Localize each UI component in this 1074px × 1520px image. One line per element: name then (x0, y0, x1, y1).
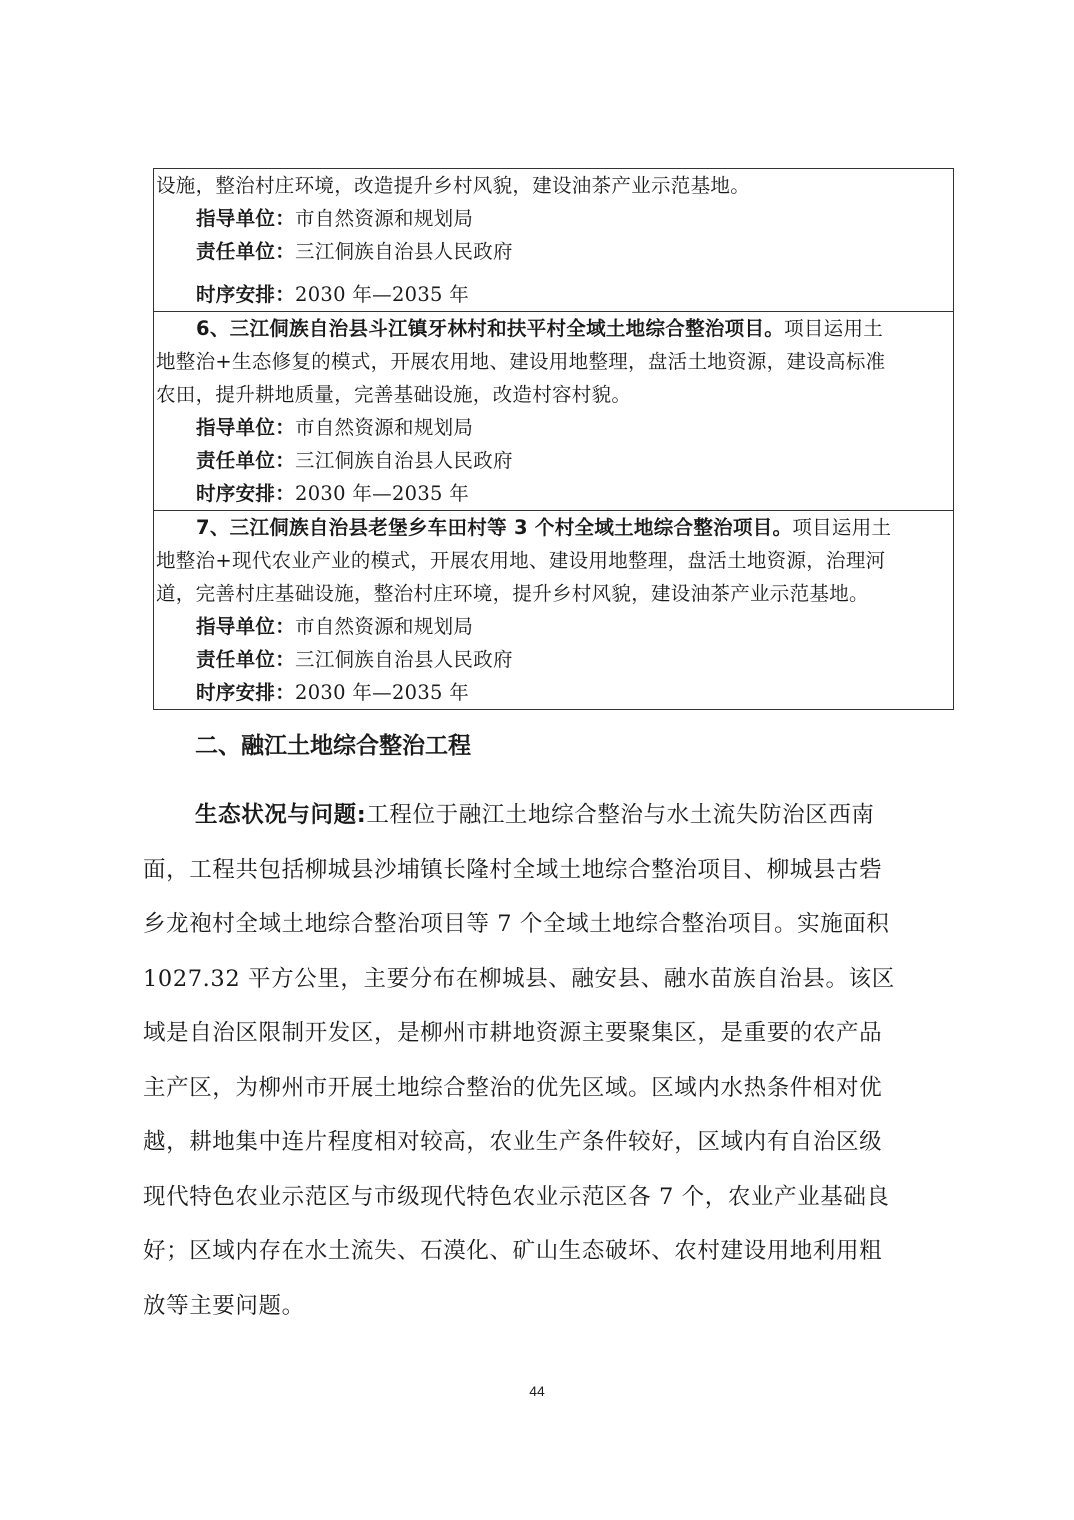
paragraph-line: 好；区域内存在水土流失、石漠化、矿山生态破坏、农村建设用地利用粗 (143, 1224, 943, 1279)
paragraph-line: 1027.32 平方公里，主要分布在柳城县、融安县、融水苗族自治县。该区 (143, 952, 943, 1007)
project-title-line: 6、三江侗族自治县斗江镇牙林村和扶平村全域土地综合整治项目。项目运用土 (156, 312, 951, 345)
schedule-label: 时序安排： (196, 681, 295, 704)
project-title-line: 7、三江侗族自治县老堡乡车田村等 3 个村全域土地综合整治项目。项目运用土 (156, 511, 951, 544)
schedule-label: 时序安排： (196, 283, 295, 306)
project-description-start: 项目运用土 (784, 317, 883, 340)
project-title: 6、三江侗族自治县斗江镇牙林村和扶平村全域土地综合整治项目。 (196, 317, 784, 340)
paragraph-text: 工程位于融江土地综合整治与水土流失防治区西南 (366, 802, 874, 828)
paragraph-line: 面，工程共包括柳城县沙埔镇长隆村全域土地综合整治项目、柳城县古砦 (143, 843, 943, 898)
schedule: 时序安排：2030 年—2035 年 (156, 676, 951, 709)
schedule-value: 2030 年—2035 年 (295, 681, 469, 704)
document-page: 设施，整治村庄环境，改造提升乡村风貌，建设油茶产业示范基地。 指导单位：市自然资… (0, 0, 1074, 1520)
paragraph-line: 越，耕地集中连片程度相对较高，农业生产条件较好，区域内有自治区级 (143, 1115, 943, 1170)
guide-unit-label: 指导单位： (196, 615, 295, 638)
project-description-line: 道，完善村庄基础设施，整治村庄环境，提升乡村风貌，建设油茶产业示范基地。 (156, 577, 951, 610)
schedule-value: 2030 年—2035 年 (295, 283, 469, 306)
paragraph-line: 乡龙袍村全域土地综合整治项目等 7 个全域土地综合整治项目。实施面积 (143, 897, 943, 952)
responsible-unit-value: 三江侗族自治县人民政府 (295, 449, 513, 472)
guide-unit-label: 指导单位： (196, 207, 295, 230)
paragraph-line: 域是自治区限制开发区，是柳州市耕地资源主要聚集区，是重要的农产品 (143, 1006, 943, 1061)
project-description-line: 农田，提升耕地质量，完善基础设施，改造村容村貌。 (156, 378, 951, 411)
responsible-unit-label: 责任单位： (196, 648, 295, 671)
schedule-label: 时序安排： (196, 482, 295, 505)
guide-unit-value: 市自然资源和规划局 (295, 207, 473, 230)
page-number: 44 (0, 1383, 1074, 1399)
project-description-line: 设施，整治村庄环境，改造提升乡村风貌，建设油茶产业示范基地。 (156, 169, 951, 202)
project-title: 7、三江侗族自治县老堡乡车田村等 3 个村全域土地综合整治项目。 (196, 516, 792, 539)
responsible-unit: 责任单位：三江侗族自治县人民政府 (156, 235, 951, 268)
schedule-value: 2030 年—2035 年 (295, 482, 469, 505)
responsible-unit-label: 责任单位： (196, 449, 295, 472)
project-row-6: 6、三江侗族自治县斗江镇牙林村和扶平村全域土地综合整治项目。项目运用土 地整治+… (154, 311, 953, 510)
responsible-unit-label: 责任单位： (196, 240, 295, 263)
guide-unit-value: 市自然资源和规划局 (295, 416, 473, 439)
project-description-line: 地整治+生态修复的模式，开展农用地、建设用地整理，盘活土地资源，建设高标准 (156, 345, 951, 378)
guide-unit-value: 市自然资源和规划局 (295, 615, 473, 638)
project-description-start: 项目运用土 (792, 516, 891, 539)
project-table: 设施，整治村庄环境，改造提升乡村风貌，建设油茶产业示范基地。 指导单位：市自然资… (153, 168, 954, 710)
paragraph-label: 生态状况与问题: (195, 802, 366, 828)
guide-unit: 指导单位：市自然资源和规划局 (156, 411, 951, 444)
project-row-5-continuation: 设施，整治村庄环境，改造提升乡村风貌，建设油茶产业示范基地。 指导单位：市自然资… (154, 169, 953, 311)
schedule: 时序安排：2030 年—2035 年 (156, 278, 951, 311)
guide-unit-label: 指导单位： (196, 416, 295, 439)
project-row-7: 7、三江侗族自治县老堡乡车田村等 3 个村全域土地综合整治项目。项目运用土 地整… (154, 510, 953, 709)
schedule: 时序安排：2030 年—2035 年 (156, 477, 951, 510)
project-description-line: 地整治+现代农业产业的模式，开展农用地、建设用地整理，盘活土地资源，治理河 (156, 544, 951, 577)
paragraph-line: 现代特色农业示范区与市级现代特色农业示范区各 7 个，农业产业基础良 (143, 1170, 943, 1225)
responsible-unit: 责任单位：三江侗族自治县人民政府 (156, 643, 951, 676)
paragraph-line: 放等主要问题。 (143, 1279, 943, 1334)
section-heading: 二、融江土地综合整治工程 (195, 728, 471, 764)
paragraph-line: 生态状况与问题:工程位于融江土地综合整治与水土流失防治区西南 (143, 788, 943, 843)
responsible-unit-value: 三江侗族自治县人民政府 (295, 648, 513, 671)
guide-unit: 指导单位：市自然资源和规划局 (156, 610, 951, 643)
responsible-unit-value: 三江侗族自治县人民政府 (295, 240, 513, 263)
ecological-status-paragraph: 生态状况与问题:工程位于融江土地综合整治与水土流失防治区西南 面，工程共包括柳城… (143, 788, 943, 1333)
guide-unit: 指导单位：市自然资源和规划局 (156, 202, 951, 235)
responsible-unit: 责任单位：三江侗族自治县人民政府 (156, 444, 951, 477)
paragraph-line: 主产区，为柳州市开展土地综合整治的优先区域。区域内水热条件相对优 (143, 1061, 943, 1116)
